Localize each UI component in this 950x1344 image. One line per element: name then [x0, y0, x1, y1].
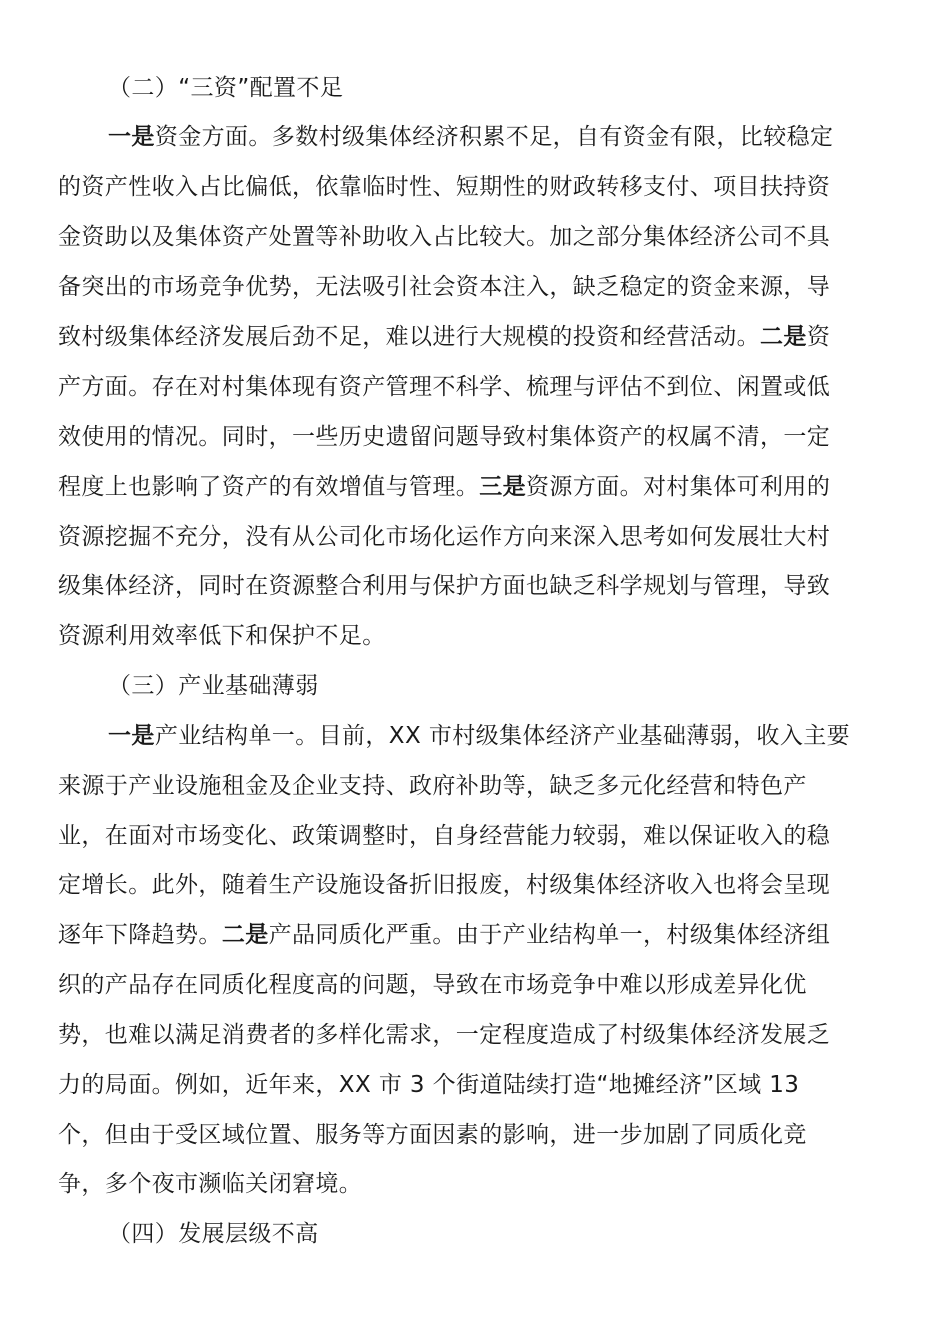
paragraph-line: 个，但由于受区域位置、服务等方面因素的影响，进一步加剧了同质化竞	[58, 1120, 807, 1150]
text-segment: 产品同质化严重。由于产业结构单一，村级集体经济组	[269, 922, 831, 948]
bold-lead-label: 一是	[108, 723, 155, 749]
text-segment: 程度上也影响了资产的有效增值与管理。	[58, 474, 479, 500]
text-segment: 来源于产业设施租金及企业支持、政府补助等，缺乏多元化经营和特色产	[58, 773, 807, 799]
paragraph-line: 业，在面对市场变化、政策调整时，自身经营能力较弱，难以保证收入的稳	[58, 821, 830, 851]
paragraph-line: 争，多个夜市濒临关闭窘境。	[58, 1169, 362, 1199]
text-segment: 逐年下降趋势。	[58, 922, 222, 948]
section-heading: （四）发展层级不高	[108, 1219, 319, 1249]
text-segment: 致村级集体经济发展后劲不足，难以进行大规模的投资和经营活动。	[58, 324, 760, 350]
text-segment: 个，但由于受区域位置、服务等方面因素的影响，进一步加剧了同质化竞	[58, 1122, 807, 1148]
paragraph-line: 金资助以及集体资产处置等补助收入占比较大。加之部分集体经济公司不具	[58, 222, 830, 252]
text-segment: 金资助以及集体资产处置等补助收入占比较大。加之部分集体经济公司不具	[58, 224, 830, 250]
section-heading: （二）“三资”配置不足	[108, 73, 343, 103]
text-segment: 争，多个夜市濒临关闭窘境。	[58, 1171, 362, 1197]
text-segment: 产业结构单一。目前，XX 市村级集体经济产业基础薄弱，收入主要	[155, 723, 850, 749]
text-segment: 势，也难以满足消费者的多样化需求，一定程度造成了村级集体经济发展乏	[58, 1022, 830, 1048]
text-segment: 产方面。存在对村集体现有资产管理不科学、梳理与评估不到位、闲置或低	[58, 374, 830, 400]
text-segment: 级集体经济，同时在资源整合利用与保护方面也缺乏科学规划与管理，导致	[58, 573, 830, 599]
paragraph-line: 产方面。存在对村集体现有资产管理不科学、梳理与评估不到位、闲置或低	[58, 372, 830, 402]
text-segment: 资源方面。对村集体可利用的	[526, 474, 830, 500]
bold-lead-label: 二是	[222, 922, 269, 948]
paragraph-line: 致村级集体经济发展后劲不足，难以进行大规模的投资和经营活动。二是资	[58, 322, 830, 352]
paragraph-line: 势，也难以满足消费者的多样化需求，一定程度造成了村级集体经济发展乏	[58, 1020, 830, 1050]
paragraph-line: 备突出的市场竞争优势，无法吸引社会资本注入，缺乏稳定的资金来源，导	[58, 272, 830, 302]
bold-lead-label: 一是	[108, 124, 155, 150]
paragraph-line: 定增长。此外，随着生产设施设备折旧报废，村级集体经济收入也将会呈现	[58, 870, 830, 900]
text-segment: 资金方面。多数村级集体经济积累不足，自有资金有限，比较稳定	[155, 124, 834, 150]
text-segment: 力的局面。例如，近年来，XX 市 3 个街道陆续打造“地摊经济”区域 13	[58, 1072, 799, 1098]
text-segment: 织的产品存在同质化程度高的问题，导致在市场竞争中难以形成差异化优	[58, 972, 807, 998]
paragraph-line: 一是资金方面。多数村级集体经济积累不足，自有资金有限，比较稳定	[108, 122, 833, 152]
text-segment: 备突出的市场竞争优势，无法吸引社会资本注入，缺乏稳定的资金来源，导	[58, 274, 830, 300]
bold-lead-label: 二是	[760, 324, 807, 350]
bold-lead-label: 三是	[479, 474, 526, 500]
paragraph-line: 逐年下降趋势。二是产品同质化严重。由于产业结构单一，村级集体经济组	[58, 920, 830, 950]
section-heading: （三）产业基础薄弱	[108, 671, 319, 701]
text-segment: 定增长。此外，随着生产设施设备折旧报废，村级集体经济收入也将会呈现	[58, 872, 830, 898]
paragraph-line: 效使用的情况。同时，一些历史遗留问题导致村集体资产的权属不清，一定	[58, 422, 830, 452]
text-segment: 资	[807, 324, 830, 350]
paragraph-line: 的资产性收入占比偏低，依靠临时性、短期性的财政转移支付、项目扶持资	[58, 172, 830, 202]
text-segment: 资源利用效率低下和保护不足。	[58, 623, 386, 649]
paragraph-line: 程度上也影响了资产的有效增值与管理。三是资源方面。对村集体可利用的	[58, 472, 830, 502]
paragraph-line: 级集体经济，同时在资源整合利用与保护方面也缺乏科学规划与管理，导致	[58, 571, 830, 601]
paragraph-line: 一是产业结构单一。目前，XX 市村级集体经济产业基础薄弱，收入主要	[108, 721, 850, 751]
text-segment: （四）发展层级不高	[108, 1221, 319, 1247]
paragraph-line: 织的产品存在同质化程度高的问题，导致在市场竞争中难以形成差异化优	[58, 970, 807, 1000]
text-segment: 的资产性收入占比偏低，依靠临时性、短期性的财政转移支付、项目扶持资	[58, 174, 830, 200]
text-segment: 业，在面对市场变化、政策调整时，自身经营能力较弱，难以保证收入的稳	[58, 823, 830, 849]
text-segment: 资源挖掘不充分，没有从公司化市场化运作方向来深入思考如何发展壮大村	[58, 524, 830, 550]
paragraph-line: 力的局面。例如，近年来，XX 市 3 个街道陆续打造“地摊经济”区域 13	[58, 1070, 799, 1100]
document-page: （二）“三资”配置不足一是资金方面。多数村级集体经济积累不足，自有资金有限，比较…	[0, 0, 950, 1344]
paragraph-line: 来源于产业设施租金及企业支持、政府补助等，缺乏多元化经营和特色产	[58, 771, 807, 801]
text-segment: 效使用的情况。同时，一些历史遗留问题导致村集体资产的权属不清，一定	[58, 424, 830, 450]
paragraph-line: 资源挖掘不充分，没有从公司化市场化运作方向来深入思考如何发展壮大村	[58, 522, 830, 552]
text-segment: （二）“三资”配置不足	[108, 75, 343, 101]
text-segment: （三）产业基础薄弱	[108, 673, 319, 699]
paragraph-line: 资源利用效率低下和保护不足。	[58, 621, 386, 651]
